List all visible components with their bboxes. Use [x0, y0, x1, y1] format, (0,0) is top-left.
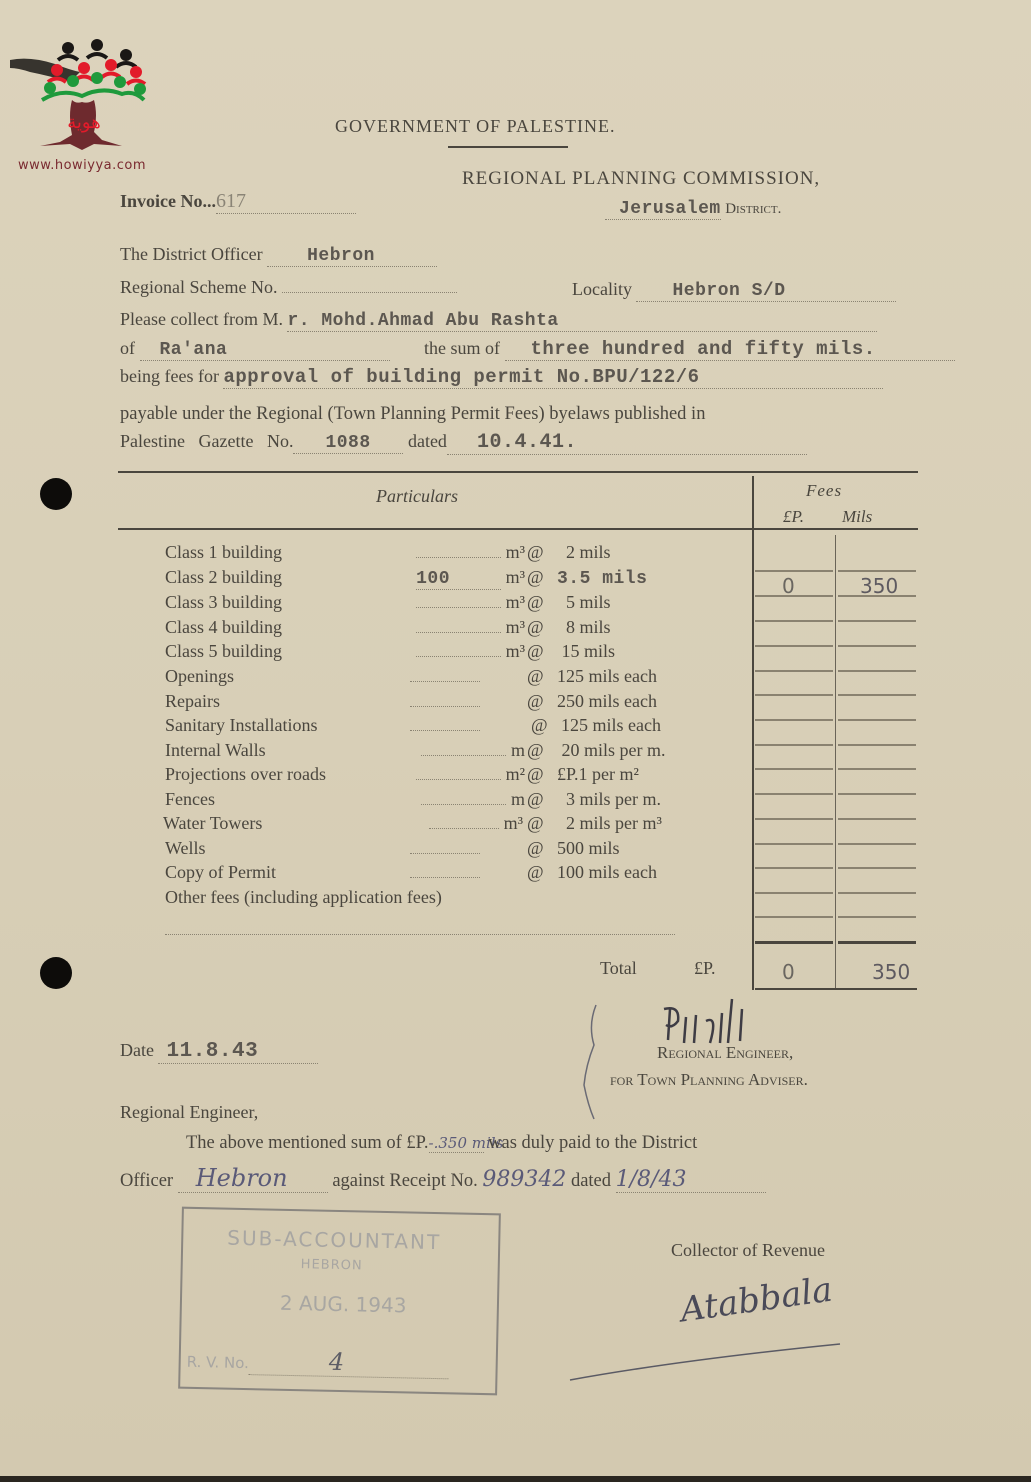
- table-row: Openings@125 mils each: [165, 666, 745, 690]
- fees-for-value: approval of building permit No.BPU/122/6: [223, 366, 883, 389]
- table-row: Class 2 building100 m³@3.5 mils: [165, 567, 745, 591]
- receipt-officer-line: Officer Hebron against Receipt No. 98934…: [120, 1164, 766, 1193]
- locality-label: Locality: [572, 279, 632, 299]
- fee-rule: [838, 892, 916, 894]
- fee-rule: [755, 867, 833, 869]
- stamp-line1: SUB-ACCOUNTANT: [227, 1226, 441, 1254]
- stamp-date: 2 AUG. 1943: [280, 1291, 407, 1318]
- lp-header: £P.: [783, 507, 804, 527]
- district-officer-label: The District Officer: [120, 244, 263, 264]
- table-row: Copy of Permit@100 mils each: [165, 862, 745, 886]
- fee-rule: [755, 694, 833, 696]
- receipt-number: 989342: [482, 1167, 566, 1192]
- receipt-officer-value: Hebron: [178, 1164, 328, 1193]
- stamp-rv-value: 4: [249, 1346, 450, 1379]
- total-currency: £P.: [694, 958, 716, 979]
- receipt-dated-value: 1/8/43: [616, 1167, 766, 1193]
- collect-from-label: Please collect from M.: [120, 309, 283, 329]
- receipt-amount: -.350 mils: [429, 1134, 484, 1153]
- stamp-rv-field: R. V. No.4: [186, 1345, 449, 1379]
- tree-logo-icon: هوية: [10, 20, 150, 155]
- invoice-line: Invoice No...617: [120, 190, 356, 214]
- title-rule: [448, 146, 568, 148]
- total-lp-value: 0: [782, 960, 795, 984]
- fee-rule: [838, 818, 916, 820]
- signoff-title-1: Regional Engineer,: [657, 1043, 793, 1063]
- particulars-header: Particulars: [376, 486, 458, 507]
- table-row: Internal Walls m@ 20 mils per m.: [165, 740, 745, 764]
- fee-rule: [755, 645, 833, 647]
- date-label: Date: [120, 1040, 154, 1060]
- table-row: Class 5 building m³@ 15 mils: [165, 641, 745, 665]
- of-label: of: [120, 338, 135, 358]
- scheme-value: [282, 292, 457, 293]
- district-value: Jerusalem: [605, 199, 721, 220]
- collector-label: Collector of Revenue: [671, 1240, 825, 1261]
- collect-from-field: Please collect from M. r. Mohd.Ahmad Abu…: [120, 309, 877, 332]
- fee-rule: [755, 768, 833, 770]
- table-row: Projections over roads m²@£P.1 per m²: [165, 764, 745, 788]
- fee-rule: [838, 719, 916, 721]
- fee-rule: [755, 843, 833, 845]
- district-label: District.: [725, 201, 781, 217]
- fee-rule: [755, 670, 833, 672]
- table-row: Sanitary Installations@125 mils each: [165, 715, 745, 739]
- total-bottom-rule: [755, 988, 917, 990]
- commission-title: REGIONAL PLANNING COMMISSION,: [462, 168, 820, 190]
- invoice-number: 617: [216, 190, 356, 214]
- class2-mils-value: 350: [860, 574, 898, 598]
- fee-rule: [838, 916, 916, 918]
- district-line: Jerusalem District.: [605, 197, 781, 220]
- total-top-rule: [755, 941, 833, 944]
- fees-for-label: being fees for: [120, 366, 219, 386]
- fee-rule: [755, 620, 833, 622]
- gazette-field: Palestine Gazette No.1088 dated10.4.41.: [120, 431, 807, 455]
- fee-rule: [838, 843, 916, 845]
- fees-header: Fees: [806, 481, 842, 501]
- receipt-sum-line: The above mentioned sum of £P.-.350 mils…: [186, 1133, 697, 1154]
- payable-text: payable under the Regional (Town Plannin…: [120, 404, 705, 425]
- total-top-rule: [838, 941, 916, 944]
- government-title: GOVERNMENT OF PALESTINE.: [335, 116, 616, 137]
- fees-for-field: being fees for approval of building perm…: [120, 366, 883, 389]
- other-fees-dotted-line: [165, 922, 675, 935]
- table-row: Class 4 building m³@ 8 mils: [165, 617, 745, 641]
- receipt-addressee: Regional Engineer,: [120, 1102, 258, 1123]
- table-column-divider: [752, 476, 754, 990]
- fee-rule: [838, 570, 916, 572]
- fee-rule: [838, 867, 916, 869]
- watermark-url: www.howiyya.com: [18, 158, 146, 173]
- sum-value: three hundred and fifty mils.: [505, 338, 955, 361]
- table-row: Water Towers m³@ 2 mils per m³: [163, 813, 743, 837]
- table-row: Class 1 building m³@ 2 mils: [165, 542, 745, 566]
- of-field: of Ra'ana: [120, 338, 390, 361]
- date-value: 11.8.43: [158, 1040, 318, 1064]
- howiyya-logo: هوية: [10, 20, 150, 155]
- invoice-label: Invoice No...: [120, 191, 216, 211]
- table-row: Other fees (including application fees): [165, 887, 745, 911]
- mils-header: Mils: [842, 507, 872, 527]
- date-field: Date 11.8.43: [120, 1040, 318, 1064]
- stamp-line2: HEBRON: [301, 1257, 363, 1273]
- scheme-field: Regional Scheme No.: [120, 277, 457, 298]
- fee-rule: [755, 793, 833, 795]
- of-value: Ra'ana: [140, 340, 390, 361]
- locality-value: Hebron S/D: [636, 281, 896, 302]
- lp-mils-divider: [835, 535, 836, 990]
- district-officer-field: The District Officer Hebron: [120, 244, 437, 267]
- fee-rule: [838, 793, 916, 795]
- table-header-rule: [118, 528, 918, 530]
- locality-field: Locality Hebron S/D: [572, 279, 896, 302]
- table-row: Repairs@250 mils each: [165, 691, 745, 715]
- fee-rule: [838, 694, 916, 696]
- gazette-dated-value: 10.4.41.: [447, 431, 807, 455]
- punch-hole-top: [40, 478, 72, 510]
- total-label: Total: [600, 958, 637, 979]
- table-row: Wells@500 mils: [165, 838, 745, 862]
- sub-accountant-stamp: SUB-ACCOUNTANT HEBRON 2 AUG. 1943 R. V. …: [178, 1207, 501, 1396]
- district-officer-value: Hebron: [267, 246, 437, 267]
- svg-text:هوية: هوية: [67, 112, 100, 133]
- fee-rule: [755, 744, 833, 746]
- class2-lp-value: 0: [782, 574, 795, 598]
- fee-rule: [838, 744, 916, 746]
- collect-from-value: r. Mohd.Ahmad Abu Rashta: [287, 311, 877, 332]
- signature-flourish-icon: [560, 1340, 860, 1390]
- fee-rule: [755, 892, 833, 894]
- fee-rule: [755, 570, 833, 572]
- scheme-label: Regional Scheme No.: [120, 277, 277, 297]
- sum-label: the sum of: [424, 338, 500, 358]
- signoff-title-2: for Town Planning Adviser.: [610, 1070, 808, 1090]
- punch-hole-bottom: [40, 957, 72, 989]
- table-row: Class 3 building m³@ 5 mils: [165, 592, 745, 616]
- total-mils-value: 350: [872, 960, 910, 984]
- fee-rule: [755, 916, 833, 918]
- fee-rule: [755, 818, 833, 820]
- fee-rule: [838, 768, 916, 770]
- sum-field: the sum of three hundred and fifty mils.: [424, 338, 955, 361]
- page-bottom-edge: [0, 1476, 1031, 1482]
- gazette-label: Palestine Gazette No.: [120, 431, 293, 451]
- table-top-rule: [118, 471, 918, 473]
- fee-rule: [755, 719, 833, 721]
- gazette-number: 1088: [293, 433, 403, 454]
- gazette-dated-label: dated: [408, 431, 447, 451]
- fee-rule: [838, 645, 916, 647]
- fee-rule: [838, 670, 916, 672]
- fee-rule: [838, 620, 916, 622]
- table-row: Fences m@ 3 mils per m.: [165, 789, 745, 813]
